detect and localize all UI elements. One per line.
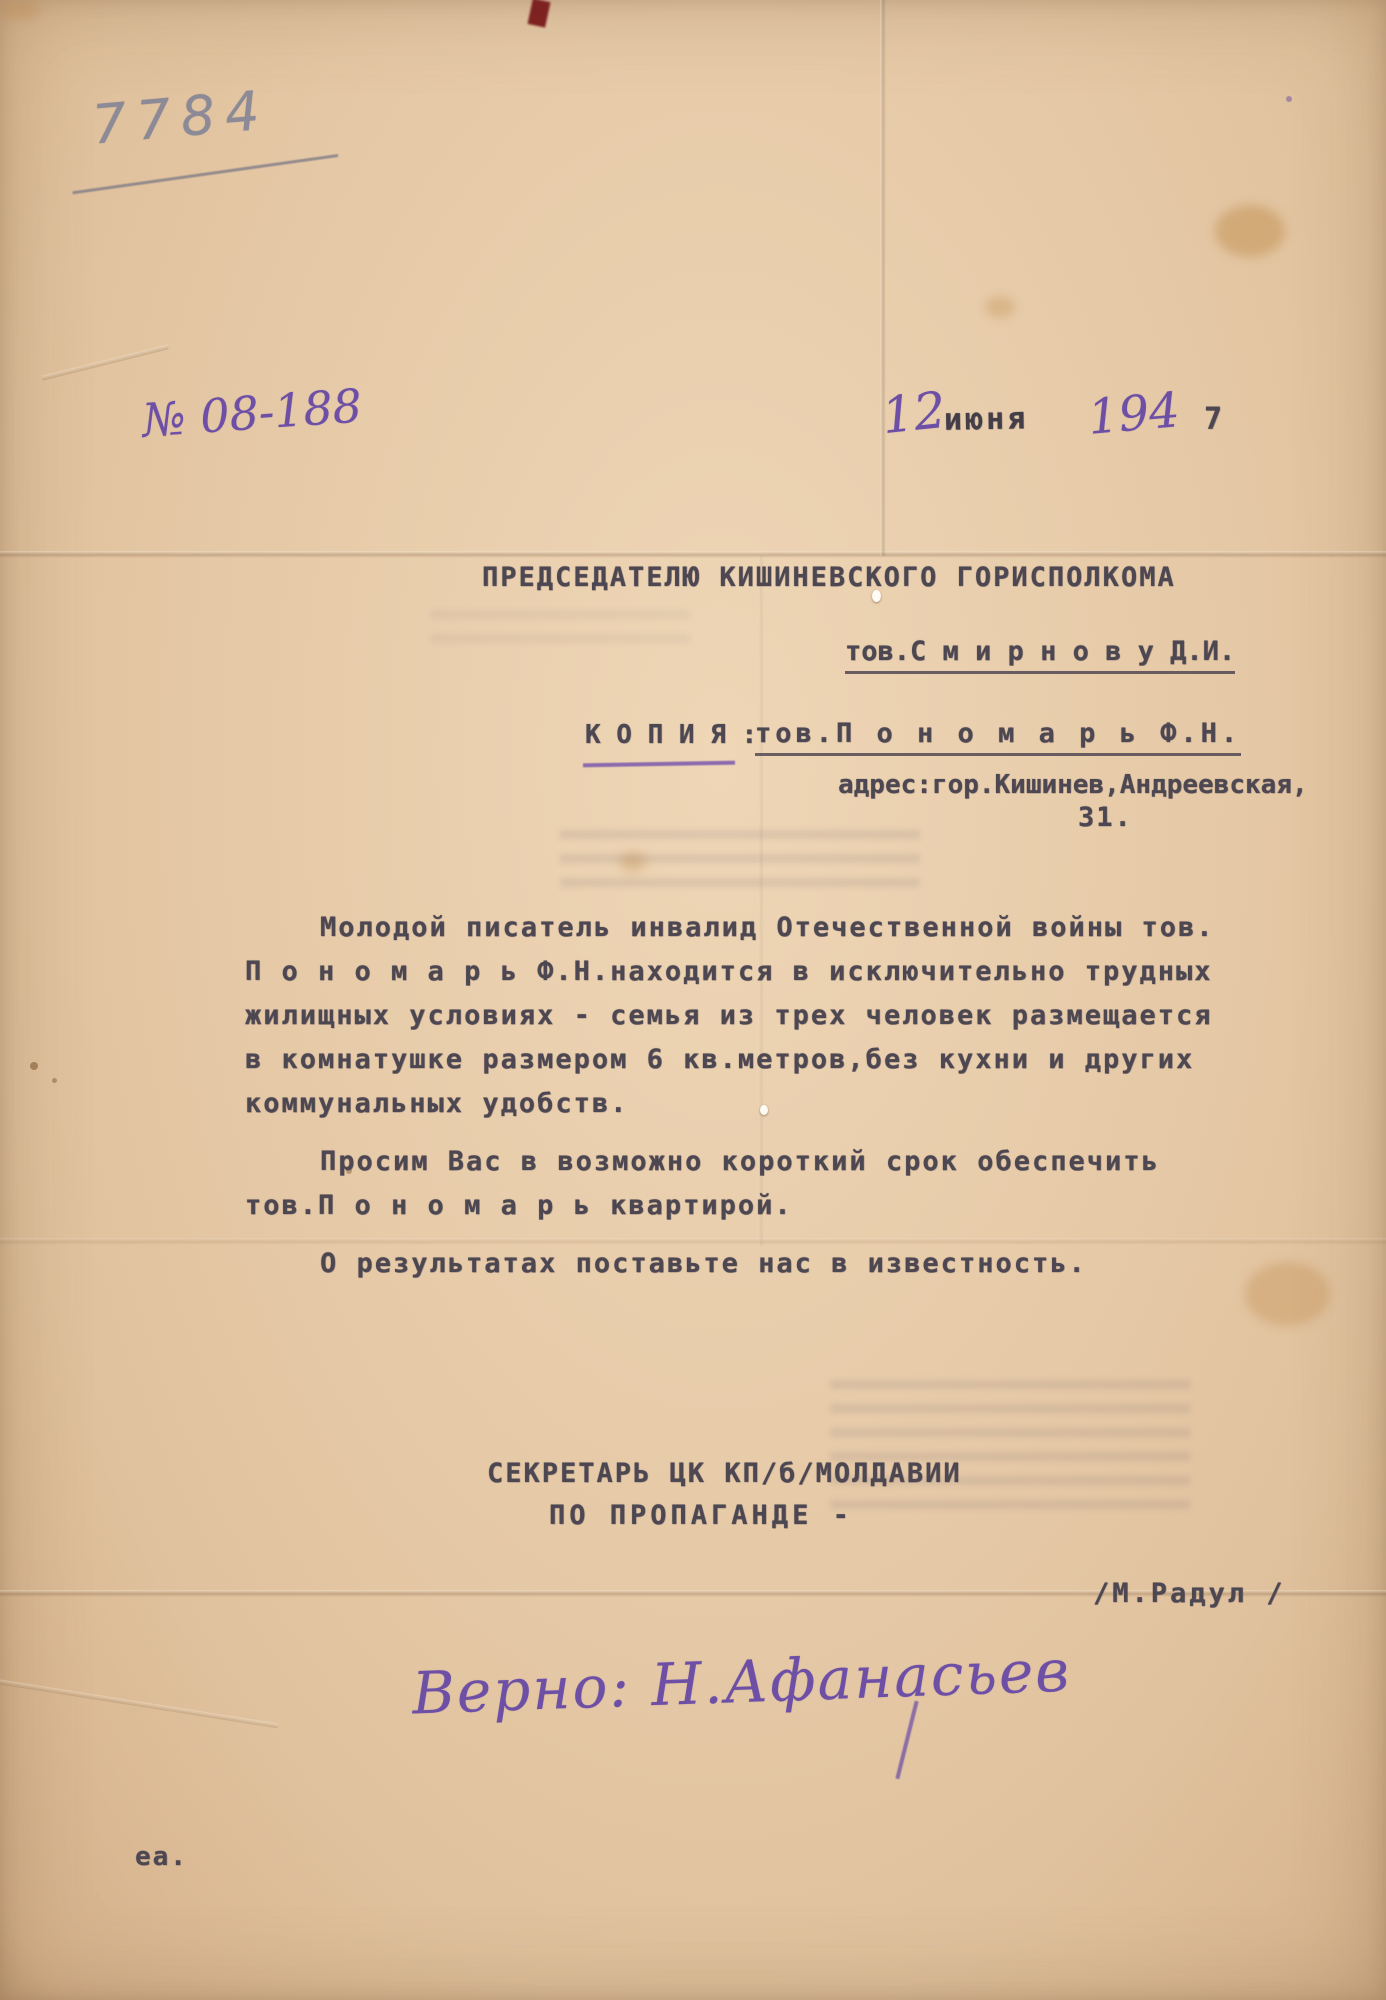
signature-position-line2: ПО ПРОПАГАНДЕ - — [549, 1500, 853, 1531]
body-line: О результатах поставьте нас в известност… — [320, 1248, 1087, 1279]
stain-right-middle — [1245, 1262, 1330, 1326]
bleed-through-smudge-top — [430, 610, 690, 650]
date-month-stamp: июня — [944, 401, 1029, 437]
edge-crease-left — [41, 344, 168, 380]
date-year-digit-typed: 7 — [1204, 402, 1224, 437]
body-line: П о н о м а р ь Ф.Н.находится в исключит… — [245, 956, 1213, 987]
fold-crease-vertical-lower — [758, 556, 764, 1246]
copy-name: тов.П о н о м а р ь Ф.Н. — [755, 718, 1241, 756]
archive-number-underline — [72, 154, 338, 194]
certification-signature-flourish — [895, 1701, 918, 1780]
signature-name-typed: /М.Радул / — [1093, 1578, 1286, 1609]
outgoing-number-handwritten: № 08-188 — [140, 378, 363, 447]
paper-chip-middle — [760, 1105, 768, 1115]
archive-number-handwritten: 7784 — [90, 78, 272, 156]
signature-position-line1: СЕКРЕТАРЬ ЦК КП/б/МОЛДАВИИ — [487, 1458, 962, 1489]
body-line: коммунальных удобств. — [245, 1088, 628, 1119]
body-line: тов.П о н о м а р ь квартирой. — [245, 1190, 793, 1221]
stain-bottom — [0, 0, 40, 20]
stain-upper-center — [985, 296, 1015, 318]
recipient-title-line: ПРЕДСЕДАТЕЛЮ КИШИНЕВСКОГО ГОРИСПОЛКОМА — [482, 562, 1176, 593]
body-line: жилищных условиях - семья из трех челове… — [245, 1000, 1213, 1031]
stain-top-right — [1215, 205, 1285, 257]
copy-label-underline — [583, 761, 735, 768]
certification-handwritten: Верно: Н.Афанасьев — [411, 1637, 1072, 1728]
bleed-through-smudge-lower — [830, 1380, 1190, 1510]
body-line: Просим Вас в возможно короткий срок обес… — [320, 1146, 1160, 1177]
speck-left-edge-2 — [52, 1078, 57, 1083]
speck-left-edge — [30, 1062, 38, 1070]
date-year-handwritten: 194 — [1086, 382, 1182, 446]
date-day-handwritten: 12 — [879, 381, 948, 445]
body-line: в комнатушке размером 6 кв.метров,без ку… — [245, 1044, 1194, 1075]
copy-address-line2: 31. — [1078, 802, 1133, 833]
ink-speck-top-right — [1286, 96, 1292, 102]
bleed-through-smudge-upper — [560, 830, 920, 900]
typist-initials: еа. — [135, 1842, 188, 1872]
red-ink-mark-top — [527, 0, 550, 28]
copy-label: К О П И Я : — [585, 720, 757, 750]
fold-crease-vertical-top — [880, 0, 886, 556]
document-page: 7784 № 08-188 12 июня 194 7 ПРЕДСЕДАТЕЛЮ… — [0, 0, 1386, 2000]
recipient-name-line: тов.С м и р н о в у Д.И. — [845, 636, 1235, 674]
copy-address-line1: адрес:гор.Кишинев,Андреевская, — [838, 770, 1308, 800]
fold-crease-horizontal-upper — [0, 551, 1386, 558]
body-line: Молодой писатель инвалид Отечественной в… — [320, 912, 1215, 943]
corner-crease-bottom-left — [0, 1677, 279, 1729]
fold-crease-horizontal-middle — [0, 1238, 1386, 1245]
